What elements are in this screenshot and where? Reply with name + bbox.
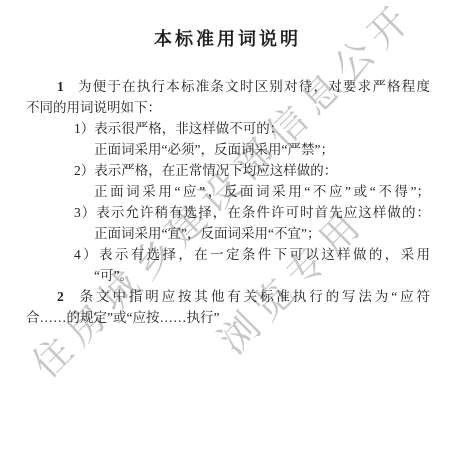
clause-2-line-2: 合……的规定”或“应按……执行”: [26, 307, 430, 328]
clause-2-line-1: 2条文中指明应按其他有关标准执行的写法为“应符: [26, 286, 430, 307]
subitem-2-note: 正面词采用“应”，反面词采用“不应”或“不得”；: [26, 181, 430, 202]
subitem-1-text: 表示很严格，非这样做不可的：: [94, 121, 283, 136]
clause-1-line-1: 1为便于在执行本标准条文时区别对待，对要求严格程度: [26, 76, 430, 97]
subitem-4-text: 表示有选择，在一定条件下可以这样做的，采用: [99, 247, 430, 262]
subitem-4-marker: 4）: [74, 247, 99, 262]
subitem-4-line: 4）表示有选择，在一定条件下可以这样做的，采用: [26, 244, 430, 265]
subitem-1-line: 1）表示很严格，非这样做不可的：: [26, 118, 430, 139]
clause-1-number: 1: [57, 79, 64, 94]
subitem-3-line: 3）表示允许稍有选择，在条件许可时首先应这样做的：: [26, 202, 430, 223]
subitem-3-marker: 3）: [74, 205, 96, 220]
subitem-3-text: 表示允许稍有选择，在条件许可时首先应这样做的：: [96, 205, 430, 220]
clause-1-line-2: 不同的用词说明如下：: [26, 97, 430, 118]
clause-2-text: 条文中指明应按其他有关标准执行的写法为“应符: [77, 289, 430, 304]
subitem-1-marker: 1）: [74, 121, 94, 136]
subitem-1-note: 正面词采用“必须”，反面词采用“严禁”；: [26, 139, 430, 160]
clause-2-number: 2: [57, 289, 64, 304]
subitem-4-note: “可”。: [26, 265, 430, 286]
subitem-2-line: 2）表示严格，在正常情况下均应这样做的：: [26, 160, 430, 181]
clause-1-text: 为便于在执行本标准条文时区别对待，对要求严格程度: [77, 79, 430, 94]
subitem-2-text: 表示严格，在正常情况下均应这样做的：: [94, 163, 337, 178]
subitem-2-marker: 2）: [74, 163, 94, 178]
document-body: 1为便于在执行本标准条文时区别对待，对要求严格程度 不同的用词说明如下： 1）表…: [26, 76, 430, 328]
page-title: 本标准用词说明: [0, 25, 455, 51]
subitem-3-note: 正面词采用“宜”，反面词采用“不宜”；: [26, 223, 430, 244]
document-page: 住房城乡建设部信息公开 浏览专用 本标准用词说明 1为便于在执行本标准条文时区别…: [0, 0, 455, 451]
